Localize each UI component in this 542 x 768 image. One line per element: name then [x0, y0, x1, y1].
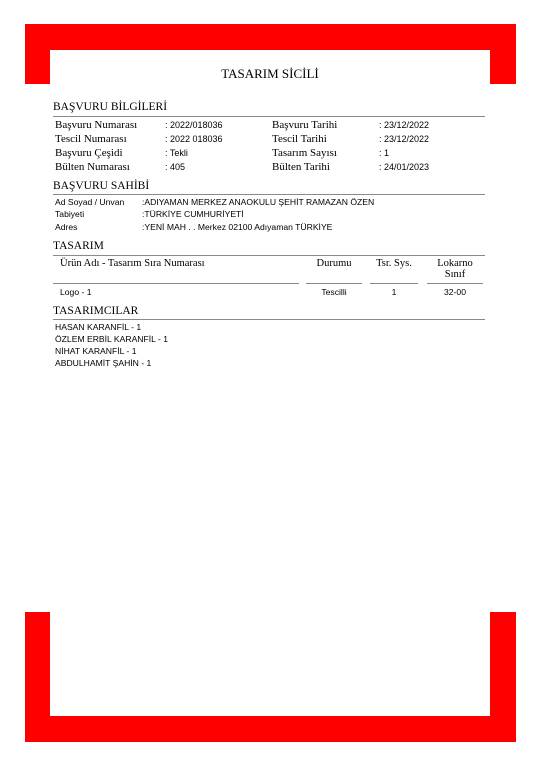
column-rule: [427, 283, 483, 284]
column-header-sinif: Sınıf: [427, 269, 483, 280]
section-heading-basvuru-sahibi: BAŞVURU SAHİBİ: [53, 180, 149, 192]
value-basvuru-cesidi: : Tekli: [165, 148, 188, 158]
frame-bottom-left-leg: [25, 612, 50, 742]
value-bulten-tarihi: : 24/01/2023: [379, 162, 429, 172]
list-item: ABDULHAMİT ŞAHİN - 1: [55, 358, 151, 368]
label-tescil-numarasi: Tescil Numarası: [55, 133, 127, 145]
label-basvuru-tarihi: Başvuru Tarihi: [272, 119, 337, 131]
frame-bottom-bar: [25, 716, 516, 742]
label-adres: Adres: [55, 222, 77, 232]
value-tescil-tarihi: : 23/12/2022: [379, 134, 429, 144]
cell-lokarno: 32-00: [427, 287, 483, 297]
value-tescil-numarasi: : 2022 018036: [165, 134, 223, 144]
page-title: TASARIM SİCİLİ: [50, 66, 490, 82]
list-item: NİHAT KARANFİL - 1: [55, 346, 137, 356]
column-header-tsr-sys: Tsr. Sys.: [370, 258, 418, 269]
section-rule: [53, 319, 485, 320]
column-header-urun-adi: Ürün Adı - Tasarım Sıra Numarası: [60, 258, 205, 269]
cell-tsr-sys: 1: [370, 287, 418, 297]
cell-durumu: Tescilli: [306, 287, 362, 297]
frame-top-left-leg: [25, 24, 50, 84]
frame-top-bar: [25, 24, 516, 50]
section-rule: [53, 255, 485, 256]
value-adres: :YENİ MAH . . Merkez 02100 Adıyaman TÜRK…: [142, 222, 332, 232]
value-basvuru-numarasi: : 2022/018036: [165, 120, 223, 130]
label-basvuru-numarasi: Başvuru Numarası: [55, 119, 137, 131]
column-rule: [306, 283, 362, 284]
value-tasarim-sayisi: : 1: [379, 148, 389, 158]
section-heading-basvuru-bilgileri: BAŞVURU BİLGİLERİ: [53, 101, 167, 113]
frame-top-right-leg: [490, 24, 516, 84]
column-rule: [370, 283, 418, 284]
section-heading-tasarimcilar: TASARIMCILAR: [53, 305, 138, 317]
label-basvuru-cesidi: Başvuru Çeşidi: [55, 147, 123, 159]
section-heading-tasarim: TASARIM: [53, 240, 104, 252]
section-rule: [53, 116, 485, 117]
column-rule: [53, 283, 299, 284]
frame-bottom-right-leg: [490, 612, 516, 742]
list-item: HASAN KARANFİL - 1: [55, 322, 141, 332]
value-ad-soyad: :ADIYAMAN MERKEZ ANAOKULU ŞEHİT RAMAZAN …: [142, 197, 374, 207]
label-ad-soyad: Ad Soyad / Unvan: [55, 197, 124, 207]
value-tabiyeti: :TÜRKİYE CUMHURİYETİ: [142, 209, 244, 219]
label-bulten-tarihi: Bülten Tarihi: [272, 161, 330, 173]
cell-urun-adi: Logo - 1: [60, 287, 92, 297]
list-item: ÖZLEM ERBİL KARANFİL - 1: [55, 334, 168, 344]
label-tasarim-sayisi: Tasarım Sayısı: [272, 147, 337, 159]
value-bulten-numarasi: : 405: [165, 162, 185, 172]
label-bulten-numarasi: Bülten Numarası: [55, 161, 130, 173]
column-header-lokarno: Lokarno: [427, 258, 483, 269]
section-rule: [53, 194, 485, 195]
label-tabiyeti: Tabiyeti: [55, 209, 84, 219]
column-header-durumu: Durumu: [306, 258, 362, 269]
label-tescil-tarihi: Tescil Tarihi: [272, 133, 327, 145]
value-basvuru-tarihi: : 23/12/2022: [379, 120, 429, 130]
